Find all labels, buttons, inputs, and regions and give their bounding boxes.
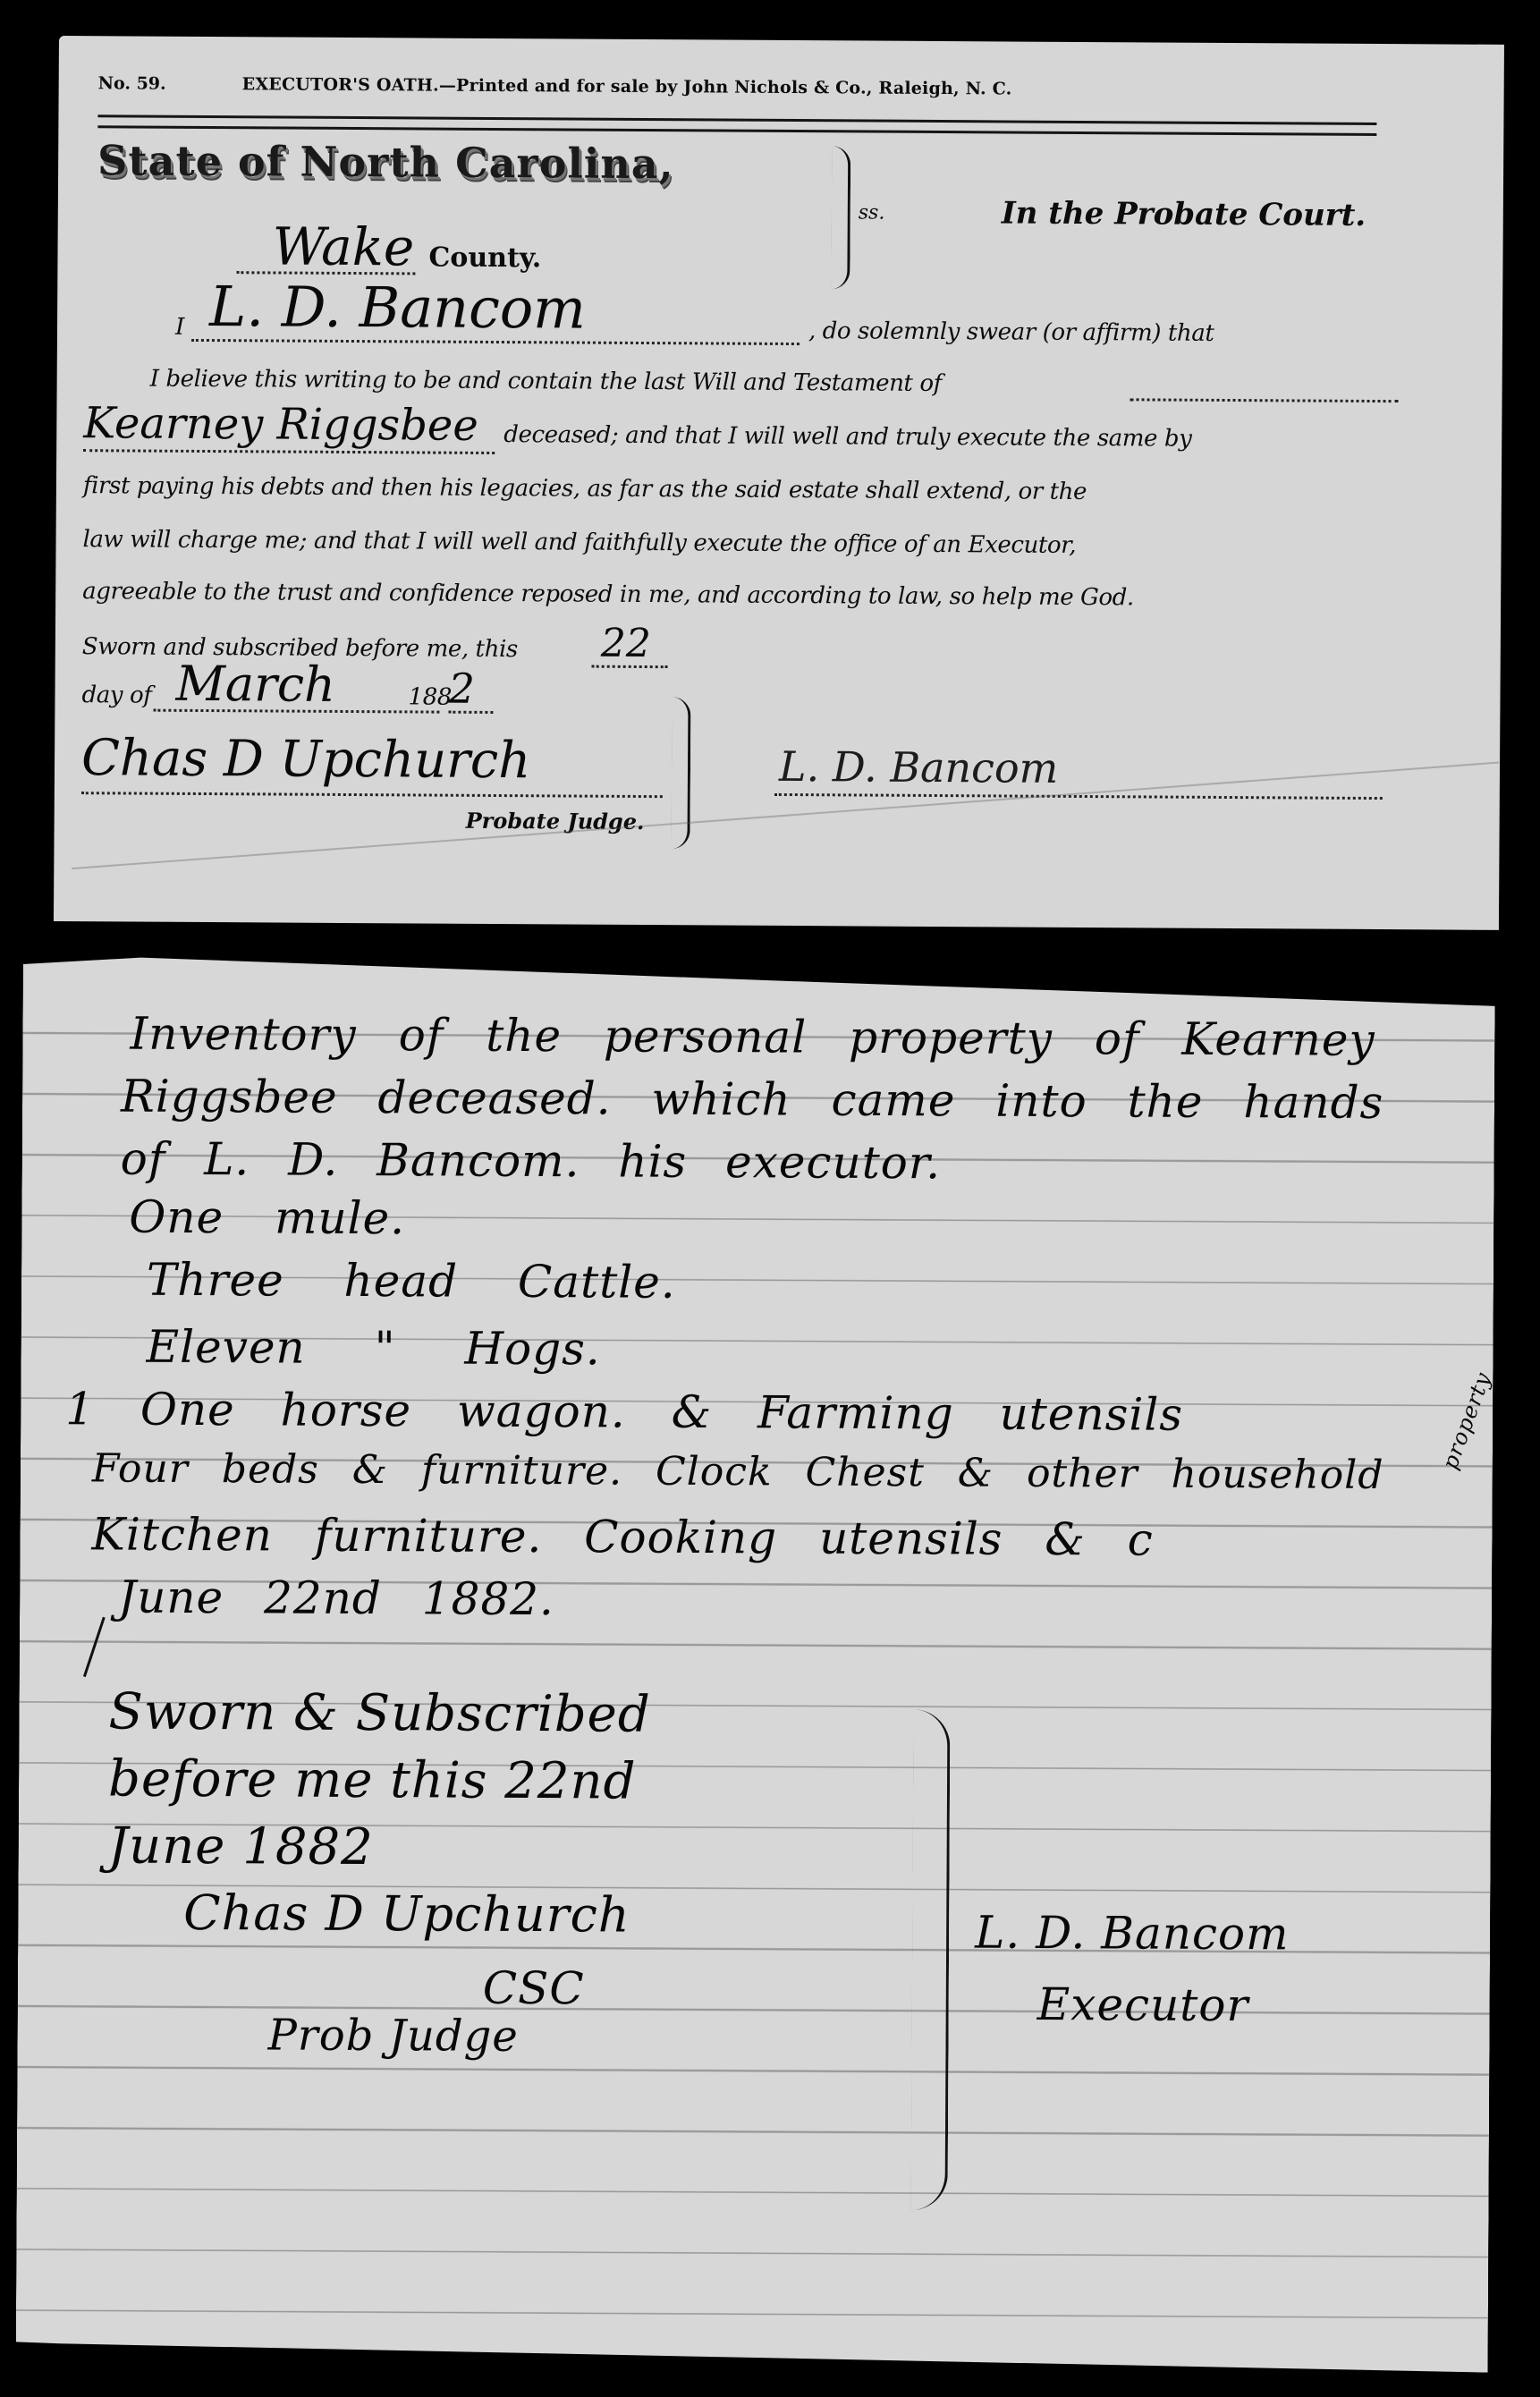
- state-title: State of North Carolina,: [97, 136, 674, 188]
- probate-judge-label: Probate Judge.: [466, 808, 645, 834]
- day-of-label: day of: [81, 682, 151, 708]
- oath-line-1-suffix: , do solemnly swear (or affirm) that: [808, 318, 1214, 347]
- oath-line-4: first paying his debts and then his lega…: [83, 472, 1087, 505]
- header-double-rule: [97, 114, 1376, 136]
- inventory-item-kitchen: Kitchen furniture. Cooking utensils & c: [91, 1508, 1154, 1565]
- sworn-day-handwritten: 22: [601, 621, 651, 666]
- inventory-item-household: Four beds & furniture. Clock Chest & oth…: [92, 1445, 1384, 1498]
- judge-signature-line: [81, 792, 663, 798]
- oath-line-6: agreeable to the trust and confidence re…: [82, 578, 1134, 611]
- sworn-subscribed-line-2: before me this 22nd: [108, 1750, 637, 1811]
- form-header: EXECUTOR'S OATH.—Printed and for sale by…: [242, 74, 1012, 98]
- testator-fill-line-a: [1130, 398, 1399, 402]
- executor-signature: L. D. Bancom: [779, 742, 1059, 792]
- inventory-executor-title: Executor: [1037, 1978, 1249, 2031]
- county-handwritten: Wake: [272, 216, 414, 277]
- inventory-executor-signature: L. D. Bancom: [975, 1907, 1290, 1961]
- signature-bracket: [671, 697, 690, 849]
- testator-name-handwritten: Kearney Riggsbee: [83, 398, 478, 451]
- oath-line-3-suffix: deceased; and that I will well and truly…: [503, 421, 1191, 453]
- ss-bracket: [831, 146, 850, 289]
- day-fill-line: [592, 665, 668, 669]
- inventory-signature-bracket: [911, 1709, 951, 2210]
- executor-name-handwritten: L. D. Bancom: [209, 274, 586, 342]
- form-number: No. 59.: [98, 73, 166, 93]
- sworn-subscribed-line-3: June 1882: [108, 1817, 374, 1877]
- sworn-subscribed-line-1: Sworn & Subscribed: [108, 1683, 651, 1744]
- ss-label: ss.: [859, 201, 885, 224]
- inventory-line-1: Inventory of the personal property of Ke…: [130, 1008, 1375, 1066]
- month-fill-line: [153, 709, 439, 714]
- oath-line-2: I believe this writing to be and contain…: [150, 366, 942, 397]
- year-digit-handwritten: 2: [448, 665, 475, 713]
- court-title: In the Probate Court.: [1002, 195, 1367, 233]
- month-handwritten: March: [175, 656, 335, 713]
- year-fill-line: [448, 711, 493, 714]
- executor-oath-form: No. 59. EXECUTOR'S OATH.—Printed and for…: [54, 36, 1504, 930]
- inventory-judge-title: Prob Judge: [267, 2010, 518, 2061]
- oath-line-1-prefix: I: [175, 314, 184, 341]
- inventory-item-mule: One mule.: [129, 1191, 405, 1245]
- margin-stroke: [83, 1617, 106, 1677]
- probate-judge-signature: Chas D Upchurch: [81, 729, 531, 790]
- county-label: County.: [428, 242, 541, 275]
- inventory-item-cattle: Three head Cattle.: [147, 1254, 676, 1309]
- inventory-judge-signature: Chas D Upchurch: [183, 1885, 630, 1944]
- year-printed: 188: [408, 683, 452, 710]
- inventory-line-2: Riggsbee deceased. which came into the h…: [121, 1071, 1383, 1129]
- inventory-superscript-note: property: [1437, 1368, 1496, 1472]
- inventory-sheet: Inventory of the personal property of Ke…: [16, 936, 1495, 2373]
- inventory-item-hogs: Eleven " Hogs.: [146, 1321, 600, 1376]
- inventory-judge-initials: CSC: [483, 1962, 585, 2015]
- inventory-item-wagon: 1 One horse wagon. & Farming utensils: [65, 1383, 1183, 1441]
- inventory-line-3: of L. D. Bancom. his executor.: [121, 1133, 942, 1190]
- oath-line-5: law will charge me; and that I will well…: [82, 526, 1076, 559]
- inventory-date: June 22nd 1882.: [118, 1571, 554, 1626]
